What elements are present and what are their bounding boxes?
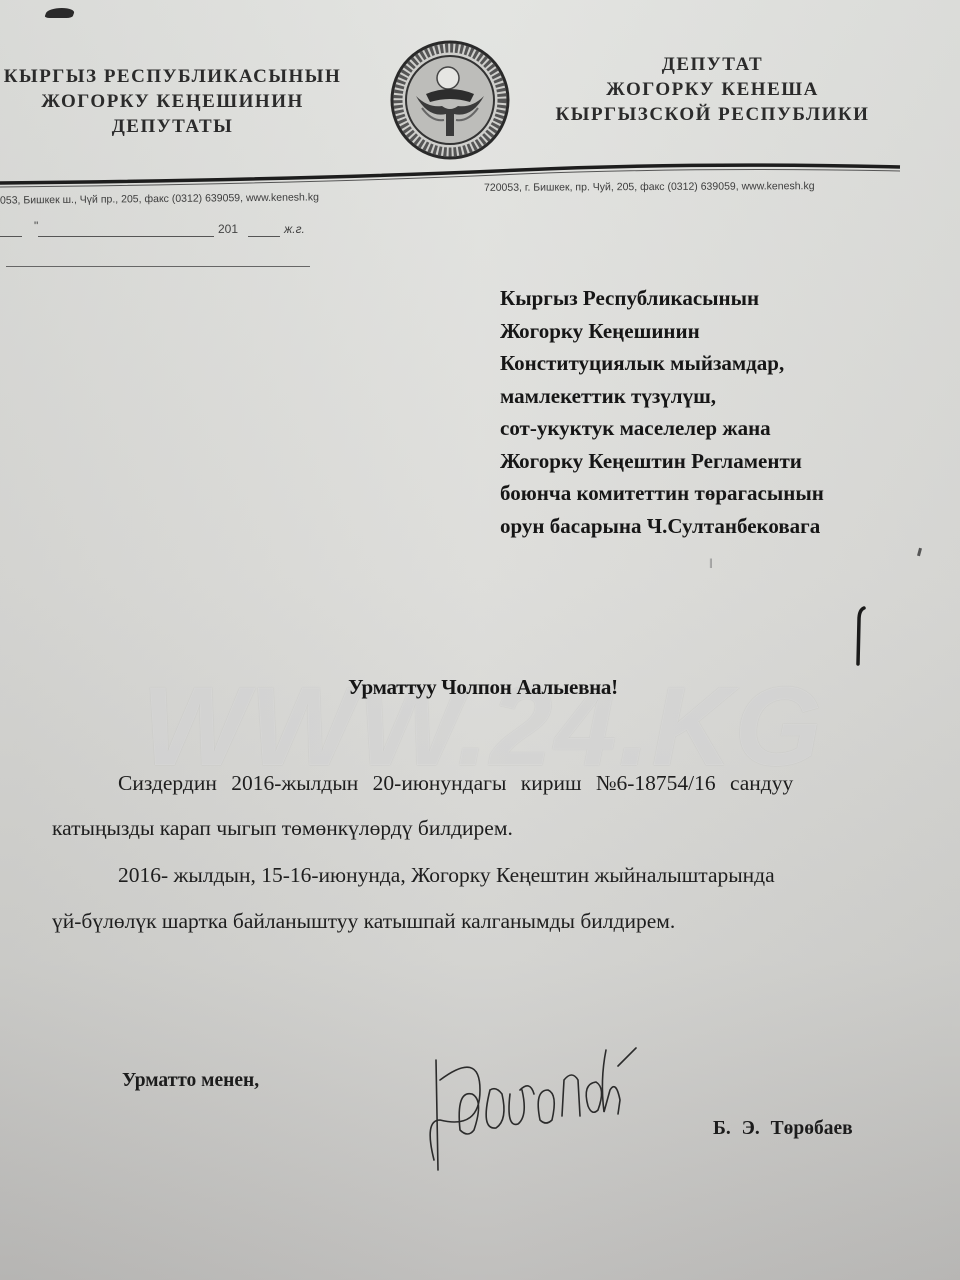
addressee-line: боюнча комитеттин төрагасынын [500, 477, 824, 510]
letterhead-kyrgyz-line: КЫРГЫЗ РЕСПУБЛИКАСЫНЫН [0, 64, 345, 89]
letterhead-kyrgyz-line: ЖОГОРКУ КЕҢЕШИНИН [0, 89, 345, 114]
day-blank [0, 222, 22, 237]
letterhead-russian-line: ЖОГОРКУ КЕНЕША [540, 77, 885, 102]
salutation: Урматтуу Чолпон Аалыевна! [0, 675, 960, 700]
addressee-line: орун басарына Ч.Султанбековага [500, 510, 824, 543]
pen-mark [855, 606, 867, 666]
letterhead-kyrgyz: КЫРГЫЗ РЕСПУБЛИКАСЫНЫН ЖОГОРКУ КЕҢЕШИНИН… [0, 64, 345, 139]
handwritten-signature [410, 1020, 670, 1180]
addressee-line: мамлекеттик түзүлүш, [500, 380, 824, 413]
addressee-line: Жогорку Кеңештин Регламенти [500, 445, 824, 478]
address-russian: 720053, г. Бишкек, пр. Чуй, 205, факс (0… [484, 180, 815, 194]
addressee-line: Жогорку Кеңешинин [500, 315, 824, 348]
addressee-block: Кыргыз Республикасынын Жогорку Кеңешинин… [500, 282, 824, 542]
faint-mark: ‖ [709, 557, 713, 573]
letterhead-divider [0, 150, 960, 190]
date-field: " 201 ж.г. [0, 222, 320, 244]
ink-smudge [44, 8, 76, 18]
addressee-line: Конституциялык мыйзамдар, [500, 347, 824, 380]
body-paragraph-2-line-2: үй-бүлөлүк шартка байланыштуу катышпай к… [52, 909, 675, 934]
closing: Урматто менен, [122, 1070, 259, 1092]
ink-tick [917, 548, 922, 557]
year-suffix: ж.г. [284, 222, 305, 236]
body-paragraph-1-line-1: Сиздердин 2016-жылдын 20-июнундагы кириш… [118, 771, 793, 796]
body-paragraph-2-line-1: 2016- жылдын, 15-16-июнунда, Жогорку Кең… [118, 863, 775, 888]
letterhead-russian: ДЕПУТАТ ЖОГОРКУ КЕНЕША КЫРГЫЗСКОЙ РЕСПУБ… [540, 52, 885, 127]
state-emblem-icon [388, 38, 512, 162]
year-prefix: 201 [218, 222, 238, 236]
salutation-text: Урматтуу Чолпон Аалыевна! [348, 675, 618, 699]
addressee-line: Кыргыз Республикасынын [500, 282, 824, 315]
letterhead-russian-line: ДЕПУТАТ [540, 52, 885, 77]
signer-name: Б. Э. Төрөбаев [713, 1118, 853, 1140]
reference-blank [6, 266, 310, 267]
letterhead-russian-line: КЫРГЫЗСКОЙ РЕСПУБЛИКИ [540, 102, 885, 127]
letterhead-kyrgyz-line: ДЕПУТАТЫ [0, 114, 345, 139]
month-blank [38, 222, 214, 237]
body-paragraph-1-line-2: катыңызды карап чыгып төмөнкүлөрдү билди… [52, 816, 513, 841]
year-blank [248, 222, 280, 237]
address-kyrgyz: 053, Бишкек ш., Чүй пр., 205, факс (0312… [0, 191, 319, 206]
addressee-line: сот-укуктук маселелер жана [500, 412, 824, 445]
